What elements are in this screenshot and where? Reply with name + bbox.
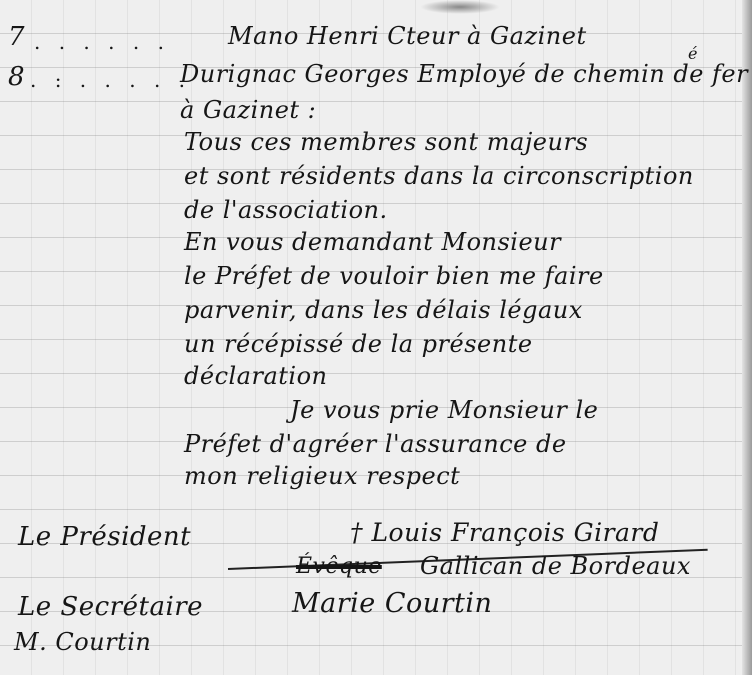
secretary-label: Le Secrétaire	[18, 592, 203, 622]
body-line-11: mon religieux respect	[184, 462, 460, 490]
entry-number-7: 7	[8, 22, 25, 52]
body-line-8: déclaration	[184, 362, 328, 390]
president-title: Gallican de Bordeaux	[420, 552, 691, 580]
member-entry-7: Mano Henri Cteur à Gazinet	[228, 22, 587, 50]
body-line-4: En vous demandant Monsieur	[184, 228, 561, 256]
president-signature: † Louis François Girard	[350, 518, 659, 547]
member-entry-8-continuation: à Gazinet :	[180, 96, 316, 124]
page-binding-shadow	[420, 0, 500, 14]
body-line-5: le Préfet de vouloir bien me faire	[184, 262, 604, 290]
body-line-7: un récépissé de la présente	[184, 330, 533, 358]
president-title-struck: Évêque	[296, 554, 382, 579]
body-line-6: parvenir, dans les délais légaux	[184, 296, 583, 324]
secretary-signature: Marie Courtin	[292, 588, 492, 619]
body-line-10: Préfet d'agréer l'assurance de	[184, 430, 567, 458]
body-line-9: Je vous prie Monsieur le	[290, 396, 598, 424]
entry-leader-8: . : . . . . .	[30, 68, 191, 92]
page-edge-shadow	[742, 0, 752, 675]
document-page: 7 . . . . . . Mano Henri Cteur à Gazinet…	[0, 0, 752, 675]
body-line-3: de l'association.	[184, 196, 388, 224]
president-label: Le Président	[18, 522, 191, 552]
body-line-1: Tous ces membres sont majeurs	[184, 128, 588, 156]
secretary-name-left: M. Courtin	[14, 628, 151, 656]
member-entry-8: Durignac Georges Employé de chemin de fe…	[180, 60, 748, 88]
entry-number-8: 8	[8, 62, 25, 92]
entry-leader-7: . . . . . .	[34, 30, 170, 54]
body-line-2: et sont résidents dans la circonscriptio…	[184, 162, 694, 190]
